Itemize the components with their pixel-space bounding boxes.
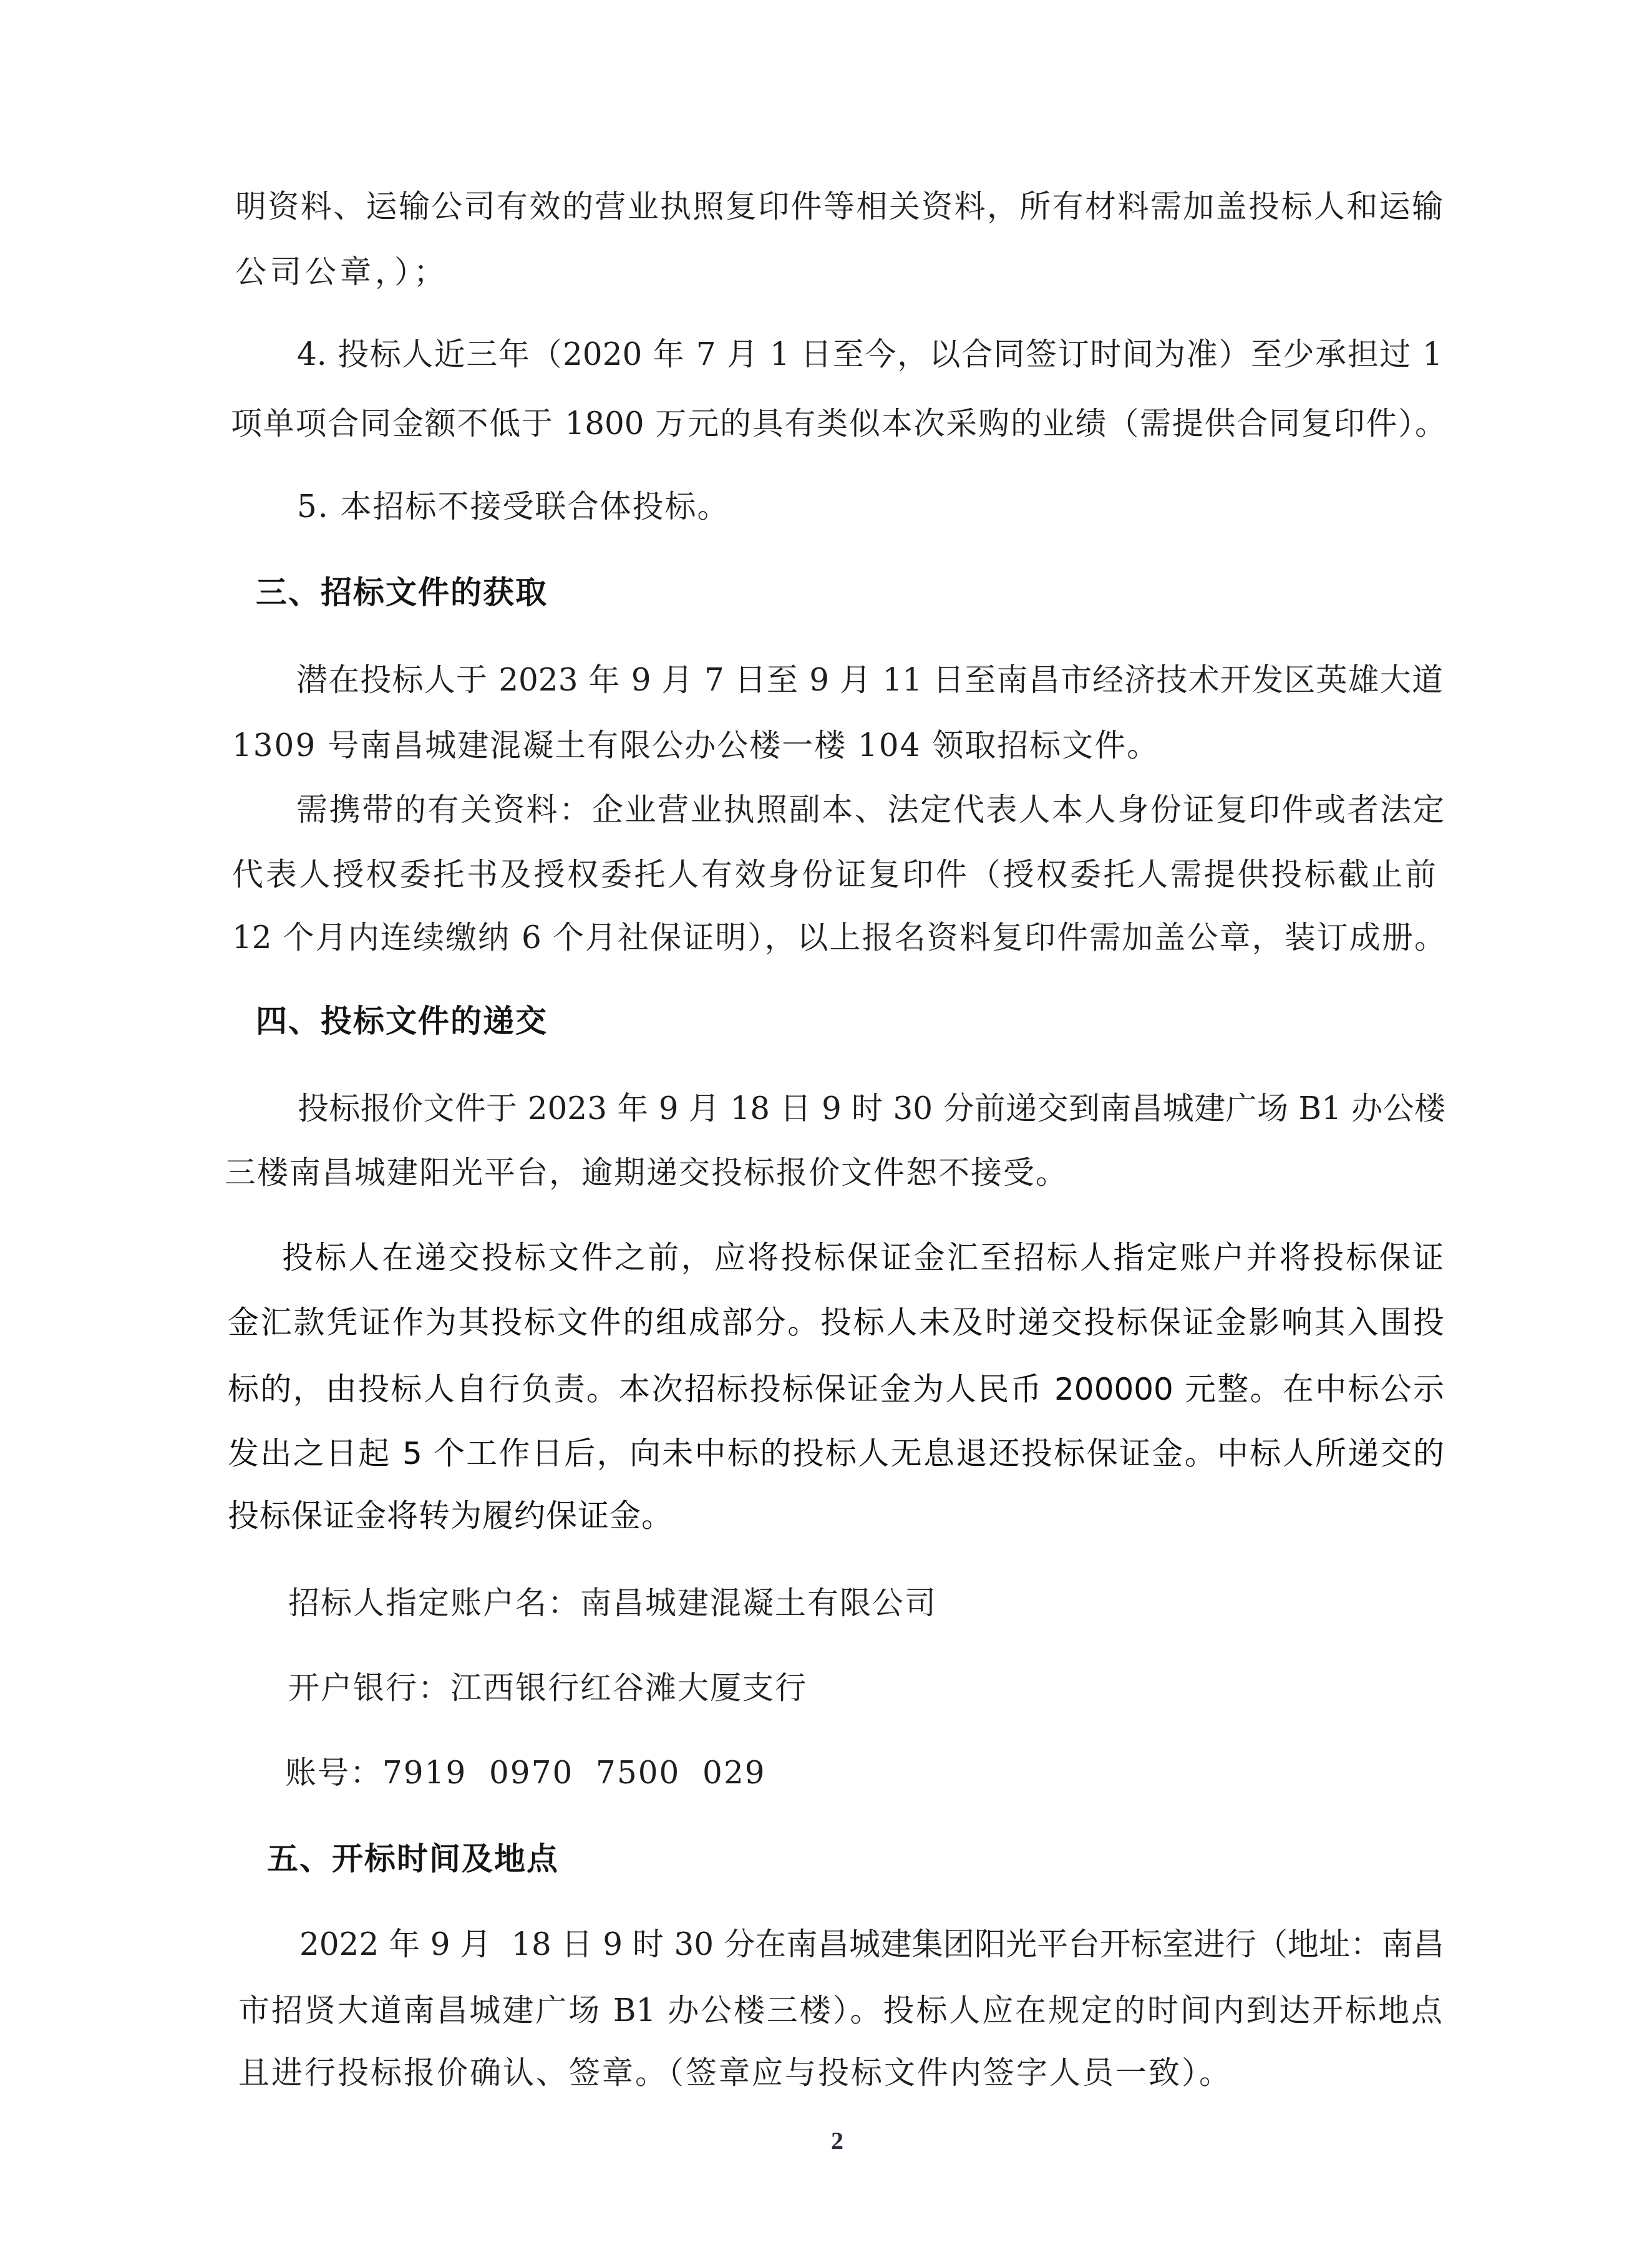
- page-number: 2: [825, 2124, 850, 2158]
- paragraph-line: 发出之日起 5 个工作日后，向未中标的投标人无息退还投标保证金。中标人所递交的: [228, 1435, 1444, 1472]
- paragraph-line: 需携带的有关资料：企业营业执照副本、法定代表人本人身份证复印件或者法定: [296, 791, 1444, 828]
- paragraph-line: 投标人在递交投标文件之前，应将投标保证金汇至招标人指定账户并将投标保证: [282, 1239, 1444, 1276]
- paragraph-line: 潜在投标人于 2023 年 9 月 7 日至 9 月 11 日至南昌市经济技术开…: [296, 661, 1443, 699]
- section-heading-3: 三、招标文件的获取: [256, 574, 548, 611]
- paragraph-line: 12 个月内连续缴纳 6 个月社保证明），以上报名资料复印件需加盖公章，装订成册…: [232, 919, 1445, 956]
- account-number-line: 账号：7919 0970 7500 029: [285, 1754, 766, 1791]
- paragraph-line: 明资料、运输公司有效的营业执照复印件等相关资料，所有材料需加盖投标人和运输: [235, 188, 1443, 225]
- paragraph-line: 2022 年 9 月 18 日 9 时 30 分在南昌城建集团阳光平台开标室进行…: [299, 1926, 1444, 1963]
- paragraph-line: 金汇款凭证作为其投标文件的组成部分。投标人未及时递交投标保证金影响其入围投: [228, 1304, 1444, 1341]
- section-heading-5: 五、开标时间及地点: [267, 1840, 559, 1878]
- account-name-line: 招标人指定账户名：南昌城建混凝土有限公司: [288, 1584, 937, 1622]
- paragraph-line: 三楼南昌城建阳光平台，逾期递交投标报价文件恕不接受。: [225, 1154, 1068, 1191]
- paragraph-line: 标的，由投标人自行负责。本次招标投标保证金为人民币 200000 元整。在中标公…: [228, 1370, 1444, 1408]
- paragraph-line: 项单项合同金额不低于 1800 万元的具有类似本次采购的业绩（需提供合同复印件）…: [231, 405, 1446, 442]
- section-heading-4: 四、投标文件的递交: [256, 1002, 548, 1040]
- list-item-4: 4. 投标人近三年（2020 年 7 月 1 日至今，以合同签订时间为准）至少承…: [297, 336, 1442, 373]
- list-item-5: 5. 本招标不接受联合体投标。: [297, 488, 730, 525]
- paragraph-line: 投标报价文件于 2023 年 9 月 18 日 9 时 30 分前递交到南昌城建…: [298, 1090, 1445, 1127]
- document-page: 明资料、运输公司有效的营业执照复印件等相关资料，所有材料需加盖投标人和运输 公司…: [0, 0, 1632, 2268]
- paragraph-line: 公司公章，）；: [235, 253, 449, 291]
- bank-line: 开户银行：江西银行红谷滩大厦支行: [288, 1669, 807, 1707]
- paragraph-line: 且进行投标报价确认、签章。（签章应与投标文件内签字人员一致）。: [238, 2054, 1232, 2091]
- paragraph-line: 1309 号南昌城建混凝土有限公办公楼一楼 104 领取招标文件。: [232, 727, 1159, 764]
- paragraph-line: 代表人授权委托书及授权委托人有效身份证复印件（授权委托人需提供投标截止前: [232, 856, 1436, 893]
- paragraph-line: 投标保证金将转为履约保证金。: [228, 1497, 673, 1534]
- paragraph-line: 市招贤大道南昌城建广场 B1 办公楼三楼）。投标人应在规定的时间内到达开标地点: [238, 1992, 1442, 2029]
